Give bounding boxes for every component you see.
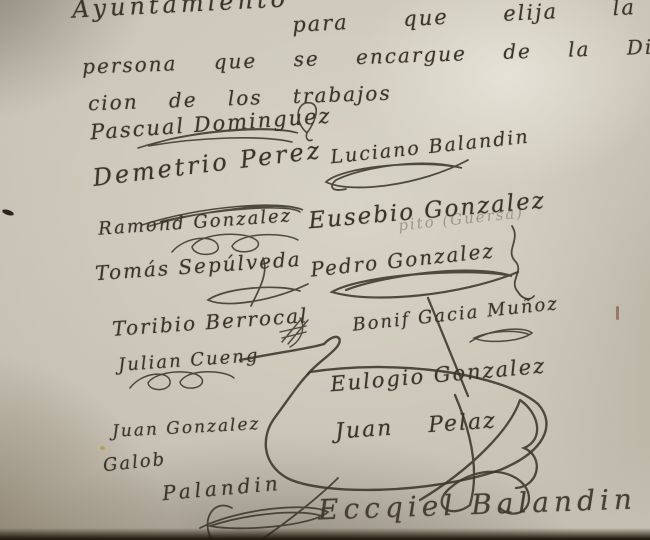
- juan-pelaz-knot-flourish: [420, 298, 537, 514]
- pedro-rubric-flourish: [332, 271, 518, 298]
- rubric-flourish-layer: [0, 0, 650, 540]
- small-curl-flourish: [298, 103, 316, 141]
- gonzalez-z-tail-flourish: [512, 226, 534, 299]
- berrocal-hatch-flourish: [280, 318, 308, 347]
- red-mark: [616, 306, 619, 320]
- tomas-rubric-flourish: [208, 258, 308, 306]
- demetrio-rubric-flourish: [142, 205, 303, 226]
- ramond-rubric-flourish: [172, 234, 298, 254]
- balandin-rubric-flourish: [326, 160, 468, 190]
- manuscript-photo: Ayuntamiento para que elija la persona q…: [0, 0, 650, 540]
- pascual-rubric-flourish: [138, 129, 298, 148]
- paper-speck: [100, 446, 105, 450]
- munoz-rubric-flourish: [470, 329, 532, 342]
- julian-rubric-flourish: [130, 372, 234, 390]
- photo-edge-shadow: [0, 528, 650, 540]
